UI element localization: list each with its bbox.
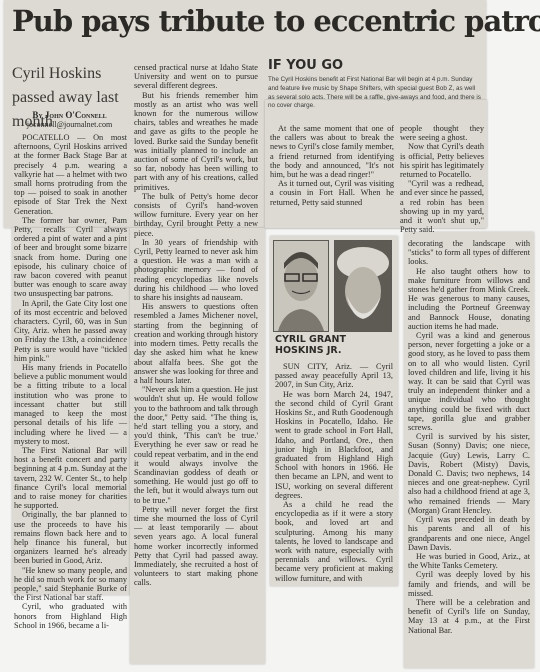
paragraph: people thought they were seeing a ghost. xyxy=(400,124,484,142)
paragraph: He was buried in Good, Ariz., at the Whi… xyxy=(408,552,530,570)
article-column-2: censed practical nurse at Idaho State Un… xyxy=(134,63,258,588)
paragraph: POCATELLO — On most afternoons, Cyril Ho… xyxy=(14,133,127,216)
byline-email: joconnell@journalnet.com xyxy=(12,120,127,130)
paragraph: His answers to questions often resembled… xyxy=(134,302,258,385)
article-column-4: people thought they were seeing a ghost.… xyxy=(400,124,484,234)
photo-young-cyril xyxy=(273,240,329,332)
paragraph: In 30 years of friendship with Cyril, Pe… xyxy=(134,238,258,302)
paragraph: Cyril was deeply loved by his family and… xyxy=(408,570,530,598)
byline: By John O'Connell joconnell@journalnet.c… xyxy=(12,110,127,130)
portrait-young-icon xyxy=(274,241,328,331)
paragraph: Cyril was a kind and generous person, ne… xyxy=(408,331,530,432)
sidebar-title: IF YOU GO xyxy=(268,58,343,73)
paragraph: "He knew so many people, and he did so m… xyxy=(14,566,127,603)
headline: Pub pays tribute to eccentric patron xyxy=(12,4,482,38)
paragraph: As it turned out, Cyril was visiting a c… xyxy=(270,179,394,207)
paragraph: Originally, the bar planned to use the p… xyxy=(14,510,127,565)
paragraph: Now that Cyril's death is official, Pett… xyxy=(400,142,484,179)
article-column-1: POCATELLO — On most afternoons, Cyril Ho… xyxy=(14,133,127,630)
paragraph: But his friends remember him mostly as a… xyxy=(134,91,258,192)
paragraph: Cyril is survived by his sister, Susan (… xyxy=(408,432,530,515)
portrait-older-icon xyxy=(335,241,391,331)
article-column-3: At the same moment that one of the calle… xyxy=(270,124,394,207)
paragraph: Cyril was preceded in death by his paren… xyxy=(408,515,530,552)
paragraph: censed practical nurse at Idaho State Un… xyxy=(134,63,258,91)
paragraph: "Never ask him a question. He just would… xyxy=(134,385,258,505)
paragraph: He was born March 24, 1947, the second c… xyxy=(275,390,393,500)
paragraph: In April, the Gate City lost one of its … xyxy=(14,299,127,363)
paragraph: Cyril, who graduated with honors from Hi… xyxy=(14,602,127,630)
paragraph: The bulk of Petty's home decor consists … xyxy=(134,192,258,238)
paragraph: His many friends in Pocatello believe a … xyxy=(14,363,127,446)
paragraph: There will be a celebration and benefit … xyxy=(408,598,530,635)
paragraph: decorating the landscape with "sticks" t… xyxy=(408,239,530,267)
obituary-name-caption: CYRIL GRANT HOSKINS JR. xyxy=(275,334,395,356)
obituary-column-2: decorating the landscape with "sticks" t… xyxy=(408,239,530,635)
obituary-column-1: SUN CITY, Ariz. — Cyril passed away peac… xyxy=(275,362,393,583)
paragraph: At the same moment that one of the calle… xyxy=(270,124,394,179)
paragraph: SUN CITY, Ariz. — Cyril passed away peac… xyxy=(275,362,393,390)
paragraph: The First National Bar will host a benef… xyxy=(14,446,127,510)
photo-older-cyril xyxy=(334,240,392,332)
paragraph: Petty will never forget the first time s… xyxy=(134,505,258,588)
paragraph: As a child he read the encyclopedia as i… xyxy=(275,500,393,583)
byline-name: By John O'Connell xyxy=(12,110,127,120)
paragraph: He also taught others how to make furnit… xyxy=(408,267,530,331)
sidebar-body: The Cyril Hoskins benefit at First Natio… xyxy=(268,76,483,111)
paragraph: "Cyril was a redhead, and ever since he … xyxy=(400,179,484,234)
paragraph: The former bar owner, Pam Petty, recalls… xyxy=(14,216,127,299)
